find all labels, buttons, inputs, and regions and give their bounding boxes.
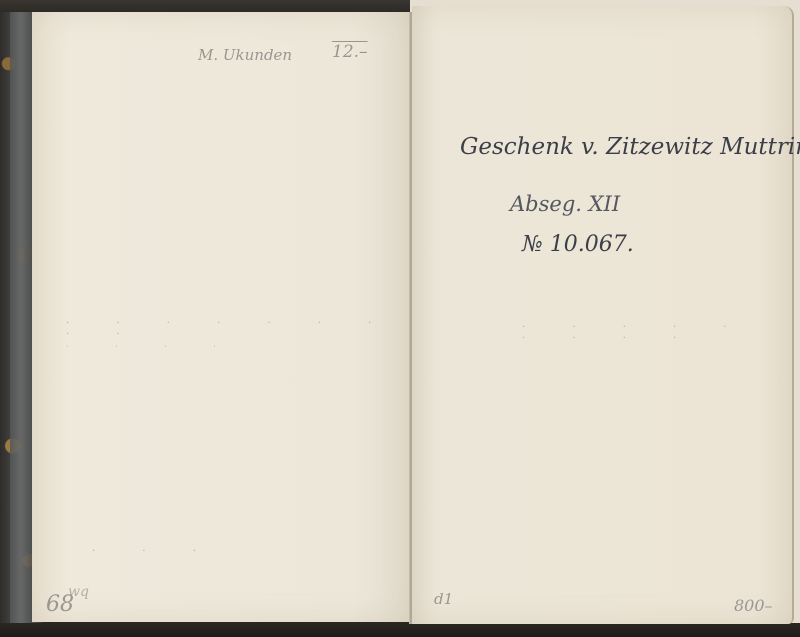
- inscription-line-3: № 10.067.: [522, 232, 634, 257]
- bottom-cover-band: [0, 623, 800, 637]
- bottom-left-mark: d1: [434, 590, 453, 608]
- price-note: 12.–: [332, 42, 368, 62]
- faint-marks-2: · · · ·: [66, 342, 238, 351]
- faint-marks: · · · · · · · · ·: [66, 318, 410, 340]
- inscription-line-2: Abseg. XII: [510, 192, 620, 216]
- top-cover-band: [0, 0, 410, 12]
- price-note-bottom: 800–: [734, 596, 773, 615]
- faint-marks-right: · · · · · · · · ·: [522, 322, 792, 344]
- left-page: M. Ukunden 12.– · · · · · · · · · · · · …: [32, 12, 410, 622]
- faint-marks-bottom: · · ·: [92, 546, 218, 557]
- inscription-line-1: Geschenk v. Zitzewitz Muttrin: [460, 134, 800, 160]
- pencil-note-top: M. Ukunden: [198, 46, 292, 64]
- book-scan: M. Ukunden 12.– · · · · · · · · · · · · …: [0, 0, 800, 637]
- page-number-note: 68: [46, 592, 74, 617]
- cover-spine: [10, 10, 32, 625]
- right-page: Geschenk v. Zitzewitz Muttrin Abseg. XII…: [412, 6, 794, 624]
